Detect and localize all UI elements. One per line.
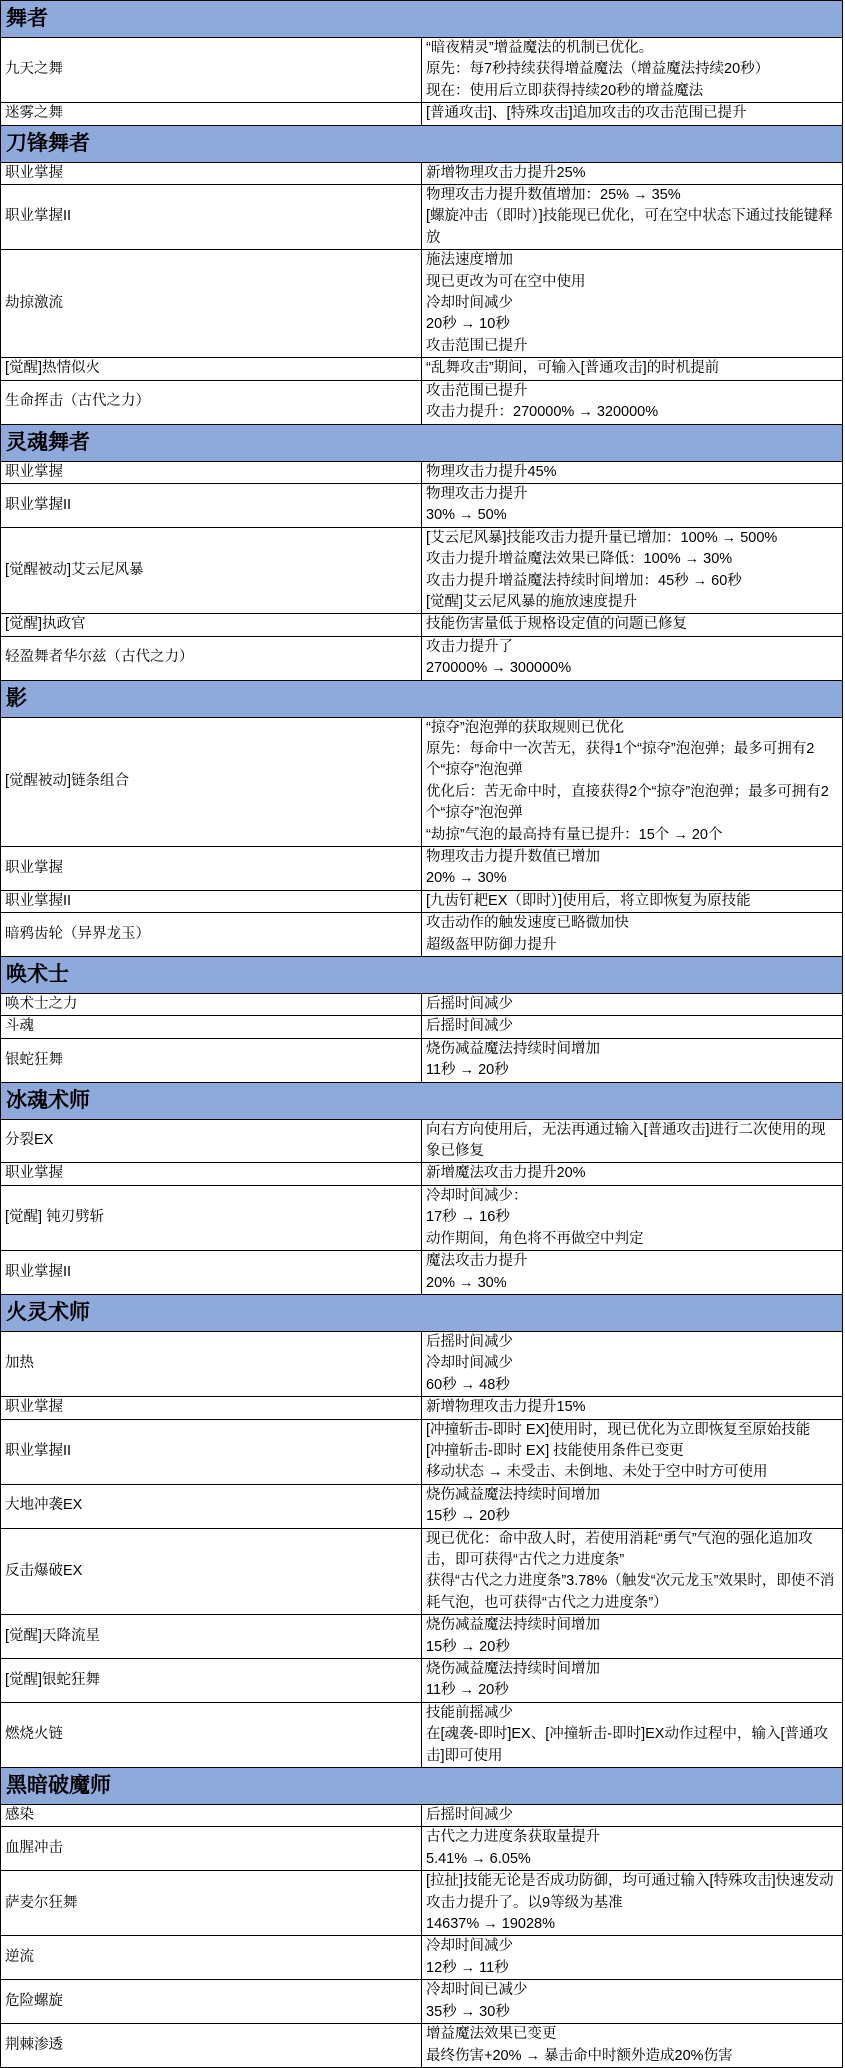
skill-change-cell: 向右方向使用后，无法再通过输入[普通攻击]进行二次使用的现象已修复 — [422, 1119, 843, 1163]
skill-name-cell: 迷雾之舞 — [1, 103, 422, 125]
change-line: [九齿钉耙EX（即时）]使用后，将立即恢复为原技能 — [426, 891, 838, 912]
skill-name-cell: 九天之舞 — [1, 38, 422, 103]
table-row: 九天之舞“暗夜精灵”增益魔法的机制已优化。原先：每7秒持续获得增益魔法（增益魔法… — [1, 38, 843, 103]
change-line: 攻击动作的触发速度已略微加快 — [426, 913, 838, 934]
table-row: 斗魂后摇时间减少 — [1, 1016, 843, 1038]
skill-change-cell: [艾云尼风暴]技能攻击力提升量已增加：100% → 500%攻击力提升增益魔法效… — [422, 527, 843, 614]
skill-change-cell: 物理攻击力提升45% — [422, 461, 843, 483]
change-line: 技能伤害量低于规格设定值的问题已修复 — [426, 614, 838, 635]
change-line: 动作期间，角色将不再做空中判定 — [426, 1229, 838, 1250]
skill-name-cell: 生命挥击（古代之力） — [1, 380, 422, 424]
section-header-row: 刀锋舞者 — [1, 125, 843, 162]
skill-change-cell: 烧伤减益魔法持续时间增加15秒 → 20秒 — [422, 1615, 843, 1659]
change-line: 物理攻击力提升 — [426, 484, 838, 505]
section-title: 影 — [1, 680, 843, 717]
skill-name-cell: 职业掌握II — [1, 185, 422, 250]
skill-change-cell: “乱舞攻击”期间，可输入[普通攻击]的时机提前 — [422, 358, 843, 380]
change-line: [普通攻击]、[特殊攻击]追加攻击的攻击范围已提升 — [426, 103, 838, 124]
table-row: 大地冲袭EX烧伤减益魔法持续时间增加15秒 → 20秒 — [1, 1484, 843, 1528]
skill-name-cell: 职业掌握 — [1, 162, 422, 184]
change-line: 烧伤减益魔法持续时间增加 — [426, 1485, 838, 1506]
skill-change-cell: 后摇时间减少 — [422, 994, 843, 1016]
change-line: 施法速度增加 — [426, 250, 838, 271]
skill-name-cell: 职业掌握 — [1, 461, 422, 483]
change-line: 冷却时间已减少 — [426, 1980, 838, 2001]
table-row: 荆棘渗透增益魔法效果已变更最终伤害+20% → 暴击命中时额外造成20%伤害 — [1, 2024, 843, 2068]
change-line: 攻击范围已提升 — [426, 381, 838, 402]
change-line: 15秒 → 20秒 — [426, 1506, 838, 1527]
change-line: 新增物理攻击力提升15% — [426, 1397, 838, 1418]
skill-name-cell: 劫掠激流 — [1, 250, 422, 358]
table-row: [觉醒]天降流星烧伤减益魔法持续时间增加15秒 → 20秒 — [1, 1615, 843, 1659]
table-row: 感染后摇时间减少 — [1, 1805, 843, 1827]
change-line: 270000% → 300000% — [426, 658, 838, 679]
skill-change-cell: [拉扯]技能无论是否成功防御，均可通过输入[特殊攻击]快速发动攻击力提升了。以9… — [422, 1871, 843, 1936]
table-row: 职业掌握物理攻击力提升数值已增加20% → 30% — [1, 847, 843, 891]
skill-name-cell: 大地冲袭EX — [1, 1484, 422, 1528]
change-line: 移动状态 → 未受击、未倒地、未处于空中时方可使用 — [426, 1462, 838, 1483]
skill-name-cell: 分裂EX — [1, 1119, 422, 1163]
change-line: 在[魂袭-即时]EX、[冲撞斩击-即时]EX动作过程中，输入[普通攻击]即可使用 — [426, 1724, 838, 1767]
skill-name-cell: [觉醒]天降流星 — [1, 1615, 422, 1659]
skill-name-cell: 职业掌握II — [1, 1251, 422, 1295]
table-row: 职业掌握新增物理攻击力提升25% — [1, 162, 843, 184]
skill-change-cell: 技能伤害量低于规格设定值的问题已修复 — [422, 614, 843, 636]
table-row: 生命挥击（古代之力）攻击范围已提升攻击力提升：270000% → 320000% — [1, 380, 843, 424]
skill-name-cell: 斗魂 — [1, 1016, 422, 1038]
skill-change-cell: 烧伤减益魔法持续时间增加15秒 → 20秒 — [422, 1484, 843, 1528]
skill-name-cell: 职业掌握II — [1, 1419, 422, 1484]
skill-change-cell: [普通攻击]、[特殊攻击]追加攻击的攻击范围已提升 — [422, 103, 843, 125]
skill-change-cell: 后摇时间减少 — [422, 1016, 843, 1038]
skill-change-cell: 增益魔法效果已变更最终伤害+20% → 暴击命中时额外造成20%伤害 — [422, 2024, 843, 2068]
skill-change-cell: 现已优化：命中敌人时，若使用消耗“勇气”气泡的强化追加攻击，即可获得“古代之力进… — [422, 1528, 843, 1615]
skill-name-cell: 荆棘渗透 — [1, 2024, 422, 2068]
change-line: [艾云尼风暴]技能攻击力提升量已增加：100% → 500% — [426, 528, 838, 549]
table-row: [觉醒]执政官技能伤害量低于规格设定值的问题已修复 — [1, 614, 843, 636]
change-line: 烧伤减益魔法持续时间增加 — [426, 1659, 838, 1680]
change-line: [拉扯]技能无论是否成功防御，均可通过输入[特殊攻击]快速发动 — [426, 1871, 838, 1892]
change-line: 14637% → 19028% — [426, 1914, 838, 1935]
change-line: 攻击力提升增益魔法效果已降低：100% → 30% — [426, 549, 838, 570]
skill-name-cell: 职业掌握II — [1, 890, 422, 912]
change-line: 攻击力提升了。以9等级为基准 — [426, 1893, 838, 1914]
change-line: 优化后：苦无命中时，直接获得2个“掠夺”泡泡弹；最多可拥有2个“掠夺”泡泡弹 — [426, 782, 838, 825]
skill-name-cell: 职业掌握 — [1, 847, 422, 891]
skill-change-cell: [九齿钉耙EX（即时）]使用后，将立即恢复为原技能 — [422, 890, 843, 912]
change-line: 后摇时间减少 — [426, 994, 838, 1015]
change-line: 物理攻击力提升数值已增加 — [426, 847, 838, 868]
skill-change-cell: 攻击范围已提升攻击力提升：270000% → 320000% — [422, 380, 843, 424]
section-header-row: 黑暗破魔师 — [1, 1768, 843, 1805]
change-line: 古代之力进度条获取量提升 — [426, 1827, 838, 1848]
change-line: 15秒 → 20秒 — [426, 1637, 838, 1658]
change-line: 5.41% → 6.05% — [426, 1849, 838, 1870]
change-line: 现在：使用后立即获得持续20秒的增益魔法 — [426, 81, 838, 102]
change-line: 冷却时间减少 — [426, 1936, 838, 1957]
skill-change-cell: “掠夺”泡泡弹的获取规则已优化原先：每命中一次苦无，获得1个“掠夺”泡泡弹；最多… — [422, 717, 843, 846]
change-line: 新增物理攻击力提升25% — [426, 163, 838, 184]
change-line: 后摇时间减少 — [426, 1016, 838, 1037]
change-line: 30% → 50% — [426, 505, 838, 526]
skill-change-cell: 新增物理攻击力提升15% — [422, 1397, 843, 1419]
skill-name-cell: 轻盈舞者华尔兹（古代之力） — [1, 636, 422, 680]
skill-name-cell: [觉醒]执政官 — [1, 614, 422, 636]
section-header-row: 舞者 — [1, 1, 843, 38]
change-line: 现已更改为可在空中使用 — [426, 272, 838, 293]
change-line: “劫掠”气泡的最高持有量已提升：15个 → 20个 — [426, 825, 838, 846]
table-row: 燃烧火链技能前摇减少在[魂袭-即时]EX、[冲撞斩击-即时]EX动作过程中，输入… — [1, 1702, 843, 1767]
table-row: 银蛇狂舞烧伤减益魔法持续时间增加11秒 → 20秒 — [1, 1038, 843, 1082]
change-line: 60秒 → 48秒 — [426, 1375, 838, 1396]
table-row: 危险螺旋冷却时间已减少35秒 → 30秒 — [1, 1980, 843, 2024]
skill-change-cell: 后摇时间减少 — [422, 1805, 843, 1827]
table-row: 职业掌握新增魔法攻击力提升20% — [1, 1163, 843, 1185]
skill-name-cell: 萨麦尔狂舞 — [1, 1871, 422, 1936]
section-title: 黑暗破魔师 — [1, 1768, 843, 1805]
change-line: [冲撞斩击-即时 EX] 技能使用条件已变更 — [426, 1441, 838, 1462]
skill-change-cell: 施法速度增加现已更改为可在空中使用冷却时间减少20秒 → 10秒攻击范围已提升 — [422, 250, 843, 358]
change-line: 攻击力提升增益魔法持续时间增加：45秒 → 60秒 — [426, 571, 838, 592]
skill-change-cell: 后摇时间减少冷却时间减少60秒 → 48秒 — [422, 1331, 843, 1396]
change-line: 冷却时间减少 — [426, 293, 838, 314]
section-title: 灵魂舞者 — [1, 424, 843, 461]
skill-name-cell: [觉醒被动]艾云尼风暴 — [1, 527, 422, 614]
change-line: 最终伤害+20% → 暴击命中时额外造成20%伤害 — [426, 2046, 838, 2067]
skill-change-cell: 魔法攻击力提升20% → 30% — [422, 1251, 843, 1295]
table-row: 血腥冲击古代之力进度条获取量提升5.41% → 6.05% — [1, 1827, 843, 1871]
change-line: 物理攻击力提升数值增加：25% → 35% — [426, 185, 838, 206]
section-header-row: 冰魂术师 — [1, 1082, 843, 1119]
section-header-row: 唤术士 — [1, 957, 843, 994]
change-line: 20% → 30% — [426, 868, 838, 889]
change-line: 20秒 → 10秒 — [426, 314, 838, 335]
change-line: 12秒 → 11秒 — [426, 1958, 838, 1979]
skill-name-cell: 银蛇狂舞 — [1, 1038, 422, 1082]
change-line: 11秒 → 20秒 — [426, 1680, 838, 1701]
table-row: 职业掌握II[冲撞斩击-即时 EX]使用时，现已优化为立即恢复至原始技能[冲撞斩… — [1, 1419, 843, 1484]
skill-name-cell: 感染 — [1, 1805, 422, 1827]
change-line: 技能前摇减少 — [426, 1703, 838, 1724]
table-row: 反击爆破EX现已优化：命中敌人时，若使用消耗“勇气”气泡的强化追加攻击，即可获得… — [1, 1528, 843, 1615]
skill-name-cell: 职业掌握II — [1, 483, 422, 527]
skill-change-cell: 攻击力提升了270000% → 300000% — [422, 636, 843, 680]
change-line: 超级盔甲防御力提升 — [426, 935, 838, 956]
skill-name-cell: 逆流 — [1, 1936, 422, 1980]
skill-change-cell: “暗夜精灵”增益魔法的机制已优化。原先：每7秒持续获得增益魔法（增益魔法持续20… — [422, 38, 843, 103]
change-line: 新增魔法攻击力提升20% — [426, 1163, 838, 1184]
skill-name-cell: 暗鸦齿轮（异界龙玉） — [1, 913, 422, 957]
change-line: 35秒 → 30秒 — [426, 2002, 838, 2023]
table-row: 轻盈舞者华尔兹（古代之力）攻击力提升了270000% → 300000% — [1, 636, 843, 680]
skill-name-cell: [觉醒]银蛇狂舞 — [1, 1659, 422, 1703]
table-row: 逆流冷却时间减少12秒 → 11秒 — [1, 1936, 843, 1980]
skill-change-cell: 古代之力进度条获取量提升5.41% → 6.05% — [422, 1827, 843, 1871]
change-line: 增益魔法效果已变更 — [426, 2024, 838, 2045]
skill-name-cell: [觉醒] 钝刃劈斩 — [1, 1185, 422, 1250]
skill-change-cell: 物理攻击力提升数值已增加20% → 30% — [422, 847, 843, 891]
change-line: 17秒 → 16秒 — [426, 1207, 838, 1228]
table-row: 职业掌握II物理攻击力提升30% → 50% — [1, 483, 843, 527]
change-line: [觉醒]艾云尼风暴的施放速度提升 — [426, 592, 838, 613]
skill-change-cell: 新增物理攻击力提升25% — [422, 162, 843, 184]
change-line: 原先：每7秒持续获得增益魔法（增益魔法持续20秒） — [426, 59, 838, 80]
skill-name-cell: 燃烧火链 — [1, 1702, 422, 1767]
change-line: 现已优化：命中敌人时，若使用消耗“勇气”气泡的强化追加攻击，即可获得“古代之力进… — [426, 1529, 838, 1572]
patch-notes-table: 舞者九天之舞“暗夜精灵”增益魔法的机制已优化。原先：每7秒持续获得增益魔法（增益… — [0, 0, 843, 2068]
change-line: 物理攻击力提升45% — [426, 462, 838, 483]
section-title: 唤术士 — [1, 957, 843, 994]
section-title: 刀锋舞者 — [1, 125, 843, 162]
skill-name-cell: 血腥冲击 — [1, 1827, 422, 1871]
change-line: 后摇时间减少 — [426, 1332, 838, 1353]
skill-change-cell: 新增魔法攻击力提升20% — [422, 1163, 843, 1185]
table-row: 劫掠激流施法速度增加现已更改为可在空中使用冷却时间减少20秒 → 10秒攻击范围… — [1, 250, 843, 358]
skill-change-cell: [冲撞斩击-即时 EX]使用时，现已优化为立即恢复至原始技能[冲撞斩击-即时 E… — [422, 1419, 843, 1484]
change-line: 魔法攻击力提升 — [426, 1251, 838, 1272]
change-line: “乱舞攻击”期间，可输入[普通攻击]的时机提前 — [426, 358, 838, 379]
section-title: 冰魂术师 — [1, 1082, 843, 1119]
skill-name-cell: 职业掌握 — [1, 1163, 422, 1185]
skill-change-cell: 冷却时间减少12秒 → 11秒 — [422, 1936, 843, 1980]
table-row: [觉醒]银蛇狂舞烧伤减益魔法持续时间增加11秒 → 20秒 — [1, 1659, 843, 1703]
table-row: 职业掌握II魔法攻击力提升20% → 30% — [1, 1251, 843, 1295]
change-line: [冲撞斩击-即时 EX]使用时，现已优化为立即恢复至原始技能 — [426, 1420, 838, 1441]
table-row: [觉醒]热情似火“乱舞攻击”期间，可输入[普通攻击]的时机提前 — [1, 358, 843, 380]
section-header-row: 火灵术师 — [1, 1294, 843, 1331]
change-line: 烧伤减益魔法持续时间增加 — [426, 1039, 838, 1060]
skill-change-cell: 技能前摇减少在[魂袭-即时]EX、[冲撞斩击-即时]EX动作过程中，输入[普通攻… — [422, 1702, 843, 1767]
section-header-row: 灵魂舞者 — [1, 424, 843, 461]
change-line: 获得“古代之力进度条”3.78%（触发“次元龙玉”效果时，即使不消耗气泡，也可获… — [426, 1571, 838, 1614]
skill-change-cell: 物理攻击力提升30% → 50% — [422, 483, 843, 527]
skill-change-cell: 冷却时间已减少35秒 → 30秒 — [422, 1980, 843, 2024]
change-line: 冷却时间减少： — [426, 1186, 838, 1207]
change-line: 向右方向使用后，无法再通过输入[普通攻击]进行二次使用的现象已修复 — [426, 1120, 838, 1163]
patch-notes-document: 舞者九天之舞“暗夜精灵”增益魔法的机制已优化。原先：每7秒持续获得增益魔法（增益… — [0, 0, 845, 2068]
change-line: [螺旋冲击（即时）]技能现已优化，可在空中状态下通过技能键释放 — [426, 206, 838, 249]
change-line: 攻击力提升：270000% → 320000% — [426, 402, 838, 423]
table-row: 迷雾之舞[普通攻击]、[特殊攻击]追加攻击的攻击范围已提升 — [1, 103, 843, 125]
skill-change-cell: 烧伤减益魔法持续时间增加11秒 → 20秒 — [422, 1659, 843, 1703]
section-header-row: 影 — [1, 680, 843, 717]
skill-change-cell: 冷却时间减少：17秒 → 16秒动作期间，角色将不再做空中判定 — [422, 1185, 843, 1250]
table-row: 暗鸦齿轮（异界龙玉）攻击动作的触发速度已略微加快超级盔甲防御力提升 — [1, 913, 843, 957]
skill-change-cell: 物理攻击力提升数值增加：25% → 35%[螺旋冲击（即时）]技能现已优化，可在… — [422, 185, 843, 250]
table-row: [觉醒被动]链条组合“掠夺”泡泡弹的获取规则已优化原先：每命中一次苦无，获得1个… — [1, 717, 843, 846]
change-line: 20% → 30% — [426, 1273, 838, 1294]
skill-change-cell: 烧伤减益魔法持续时间增加11秒 → 20秒 — [422, 1038, 843, 1082]
change-line: 11秒 → 20秒 — [426, 1060, 838, 1081]
skill-name-cell: [觉醒被动]链条组合 — [1, 717, 422, 846]
change-line: 冷却时间减少 — [426, 1353, 838, 1374]
table-row: 职业掌握物理攻击力提升45% — [1, 461, 843, 483]
change-line: 烧伤减益魔法持续时间增加 — [426, 1615, 838, 1636]
change-line: 后摇时间减少 — [426, 1805, 838, 1826]
skill-name-cell: 危险螺旋 — [1, 1980, 422, 2024]
table-row: 萨麦尔狂舞[拉扯]技能无论是否成功防御，均可通过输入[特殊攻击]快速发动攻击力提… — [1, 1871, 843, 1936]
table-row: 唤术士之力后摇时间减少 — [1, 994, 843, 1016]
table-row: 职业掌握新增物理攻击力提升15% — [1, 1397, 843, 1419]
skill-change-cell: 攻击动作的触发速度已略微加快超级盔甲防御力提升 — [422, 913, 843, 957]
table-row: 职业掌握II物理攻击力提升数值增加：25% → 35%[螺旋冲击（即时）]技能现… — [1, 185, 843, 250]
skill-name-cell: 唤术士之力 — [1, 994, 422, 1016]
table-row: [觉醒被动]艾云尼风暴[艾云尼风暴]技能攻击力提升量已增加：100% → 500… — [1, 527, 843, 614]
change-line: 攻击范围已提升 — [426, 336, 838, 357]
skill-name-cell: 加热 — [1, 1331, 422, 1396]
skill-name-cell: 职业掌握 — [1, 1397, 422, 1419]
skill-name-cell: [觉醒]热情似火 — [1, 358, 422, 380]
table-row: 分裂EX向右方向使用后，无法再通过输入[普通攻击]进行二次使用的现象已修复 — [1, 1119, 843, 1163]
change-line: 原先：每命中一次苦无，获得1个“掠夺”泡泡弹；最多可拥有2个“掠夺”泡泡弹 — [426, 739, 838, 782]
change-line: “掠夺”泡泡弹的获取规则已优化 — [426, 718, 838, 739]
change-line: “暗夜精灵”增益魔法的机制已优化。 — [426, 38, 838, 59]
table-row: [觉醒] 钝刃劈斩冷却时间减少：17秒 → 16秒动作期间，角色将不再做空中判定 — [1, 1185, 843, 1250]
section-title: 火灵术师 — [1, 1294, 843, 1331]
table-row: 职业掌握II[九齿钉耙EX（即时）]使用后，将立即恢复为原技能 — [1, 890, 843, 912]
table-row: 加热后摇时间减少冷却时间减少60秒 → 48秒 — [1, 1331, 843, 1396]
skill-name-cell: 反击爆破EX — [1, 1528, 422, 1615]
section-title: 舞者 — [1, 1, 843, 38]
change-line: 攻击力提升了 — [426, 637, 838, 658]
